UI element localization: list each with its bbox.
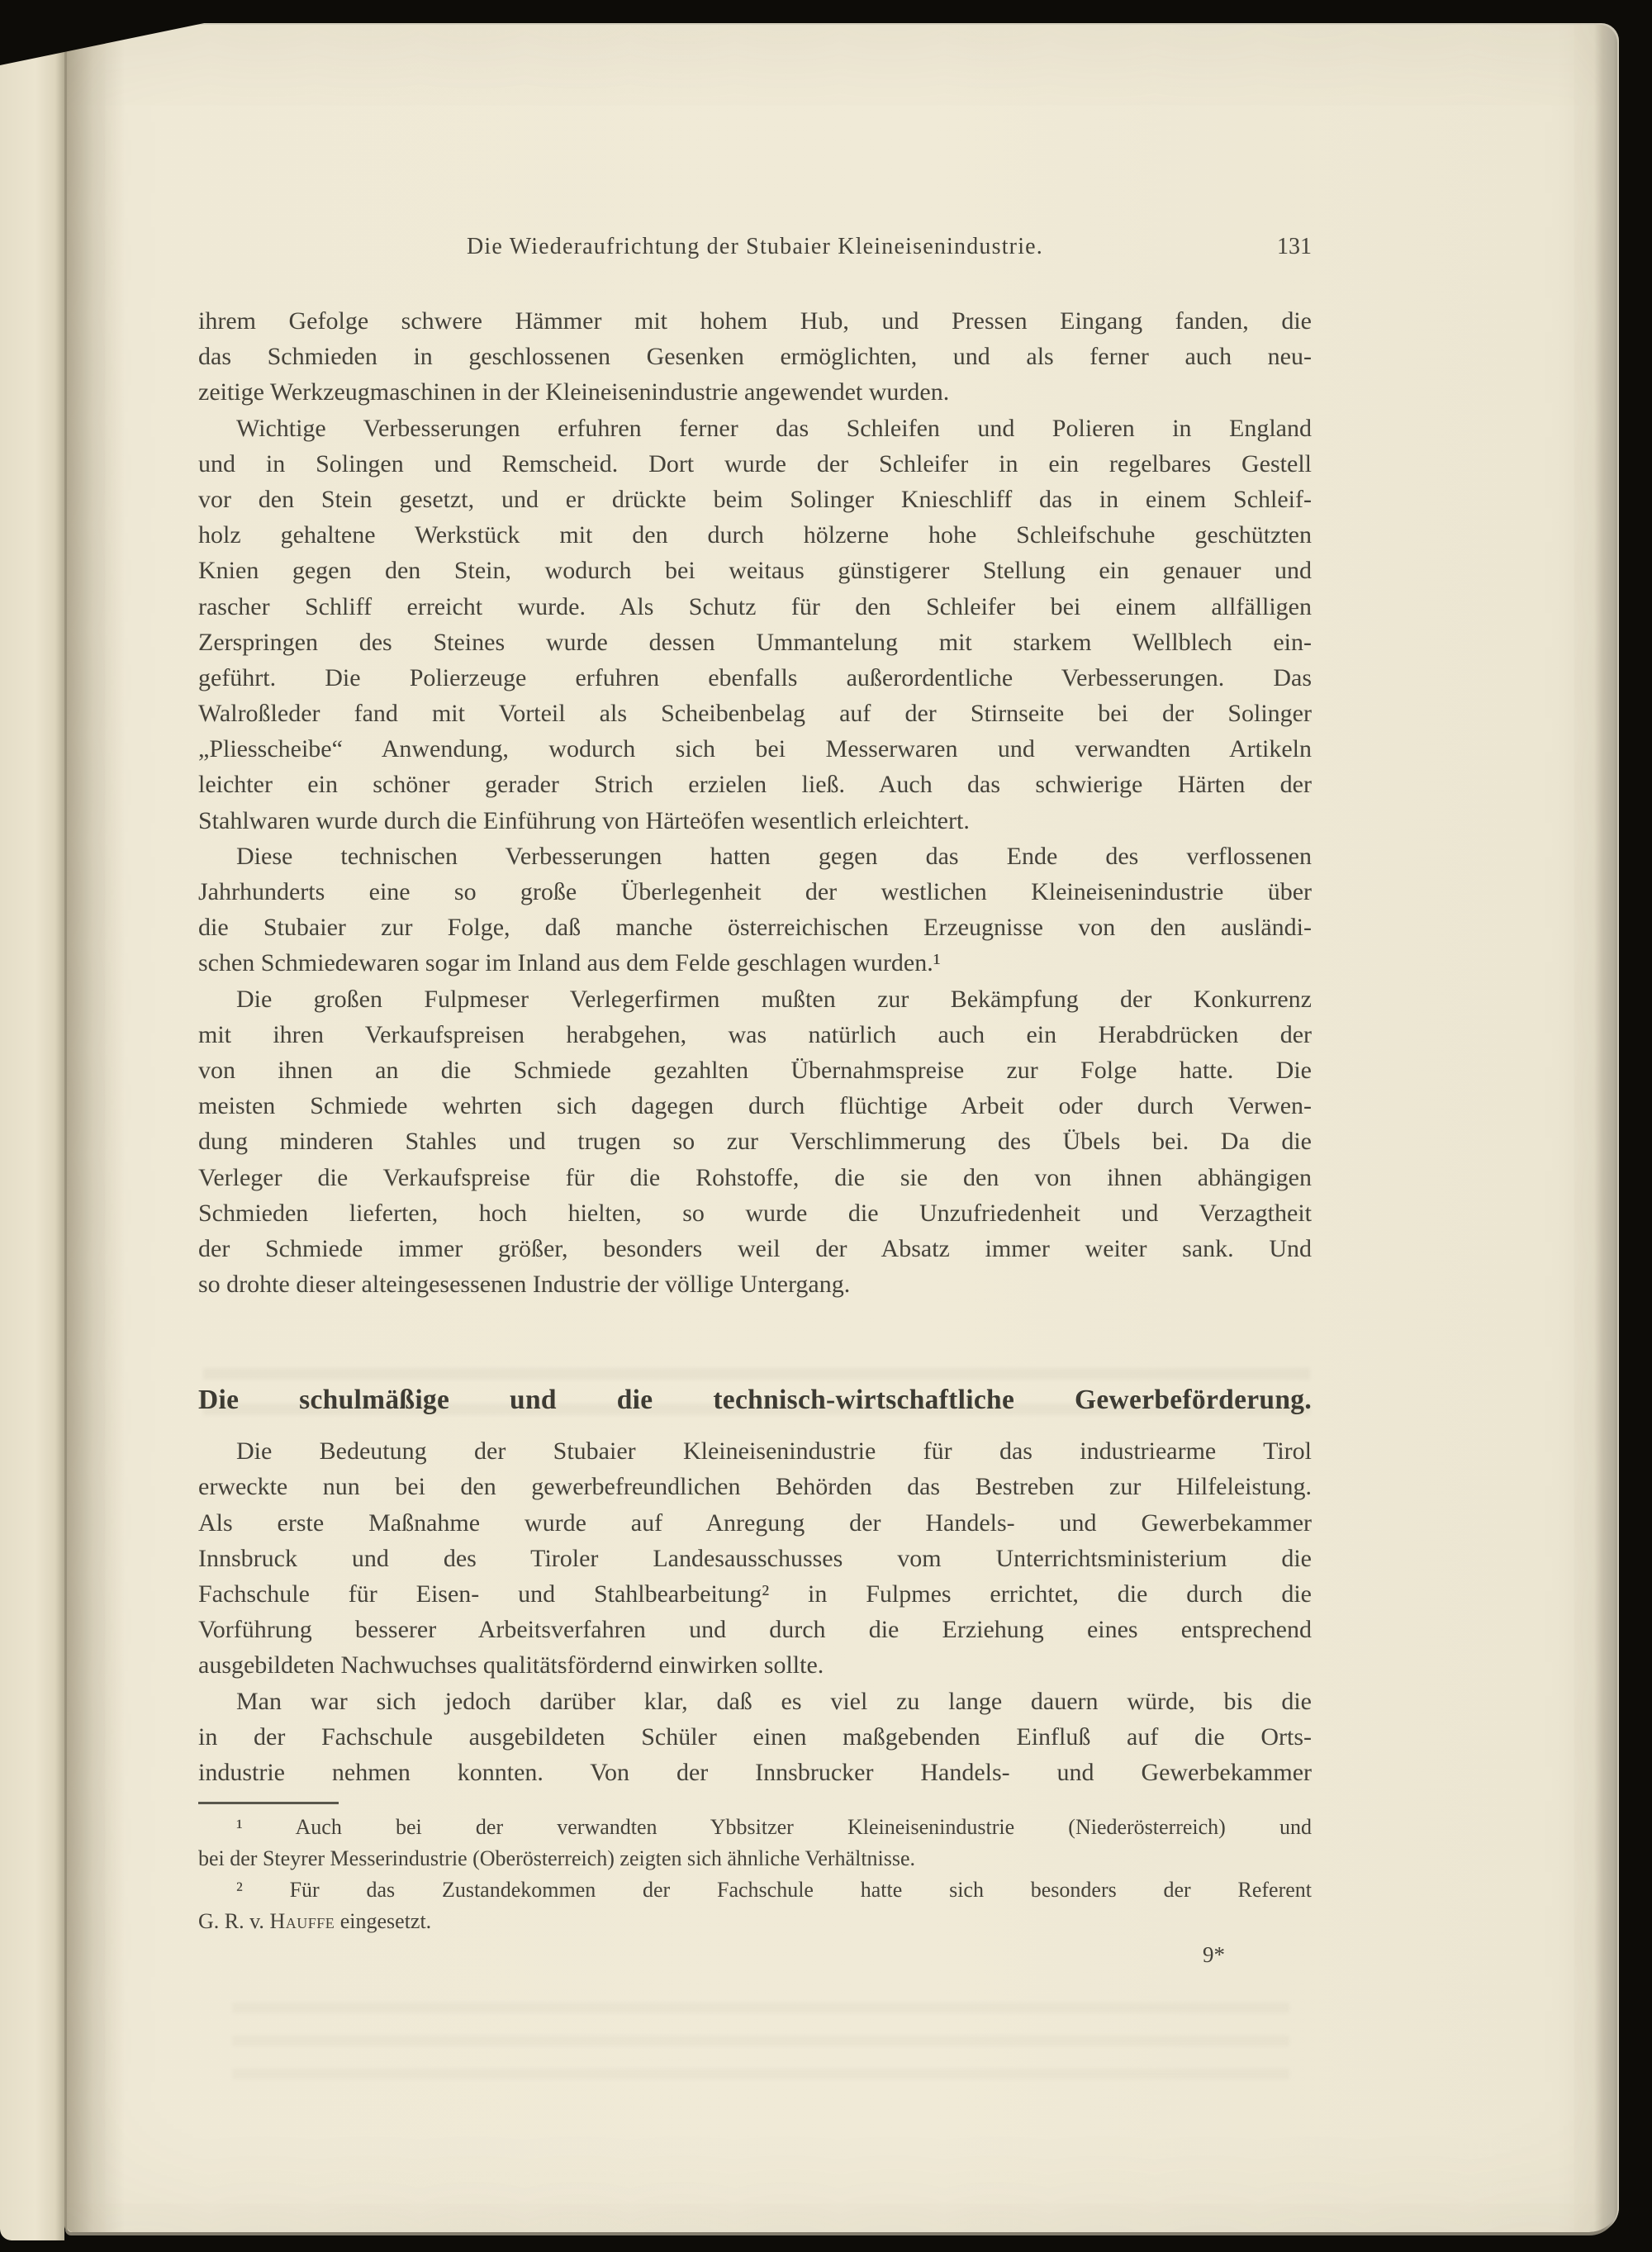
left-page-stack-edge <box>0 25 64 2240</box>
gutter-shadow <box>67 23 125 2232</box>
text-line: Verleger die Verkaufspreise für die Rohs… <box>198 1160 1312 1195</box>
text-line: Walroßleder fand mit Vorteil als Scheibe… <box>198 696 1312 731</box>
footnote-2-line: G. R. v. Hauffe eingesetzt. <box>198 1906 1312 1937</box>
text-line: von ihnen an die Schmiede gezahlten Über… <box>198 1052 1312 1088</box>
signature-mark: 9* <box>198 1942 1312 1968</box>
text-line: leichter ein schöner gerader Strich erzi… <box>198 767 1312 802</box>
text-line: Zerspringen des Steines wurde dessen Umm… <box>198 625 1312 660</box>
text-line: „Pliesscheibe“ Anwendung, wodurch sich b… <box>198 731 1312 767</box>
text-line: dung minderen Stahles und trugen so zur … <box>198 1124 1312 1159</box>
text-line: erweckte nun bei den gewerbefreundlichen… <box>198 1469 1312 1504</box>
text-line: Schmieden lieferten, hoch hielten, so wu… <box>198 1195 1312 1231</box>
right-page-stack-edge <box>1594 23 1619 2232</box>
section-heading: Die schulmäßige und die technisch-wirtsc… <box>198 1379 1312 1422</box>
text-line: schen Schmiedewaren sogar im Inland aus … <box>198 945 1312 981</box>
running-header: Die Wiederaufrichtung der Stubaier Klein… <box>198 234 1312 267</box>
text-line: industrie nehmen konnten. Von der Innsbr… <box>198 1755 1312 1790</box>
text-line: meisten Schmiede wehrten sich dagegen du… <box>198 1088 1312 1124</box>
text-line: Stahlwaren wurde durch die Einführung vo… <box>198 803 1312 839</box>
text-line: geführt. Die Polierzeuge erfuhren ebenfa… <box>198 660 1312 696</box>
text-line: der Schmiede immer größer, besonders wei… <box>198 1231 1312 1266</box>
running-header-title: Die Wiederaufrichtung der Stubaier Klein… <box>198 234 1312 260</box>
footnote-1-line: ¹ Auch bei der verwandten Ybbsitzer Klei… <box>198 1812 1312 1843</box>
text-line: so drohte dieser alteingesessenen Indust… <box>198 1266 1312 1302</box>
footnote-2-text: G. R. v. <box>198 1909 269 1933</box>
text-line: Innsbruck und des Tiroler Landesausschus… <box>198 1541 1312 1576</box>
text-line: Die großen Fulpmeser Verlegerfirmen mußt… <box>198 981 1312 1017</box>
body-paragraphs: ihrem Gefolge schwere Hämmer mit hohem H… <box>198 303 1312 1790</box>
text-line: Diese technischen Verbesserungen hatten … <box>198 839 1312 874</box>
text-line: mit ihren Verkaufspreisen herabgehen, wa… <box>198 1017 1312 1052</box>
text-line: Fachschule für Eisen- und Stahlbearbeitu… <box>198 1576 1312 1612</box>
text-line: Als erste Maßnahme wurde auf Anregung de… <box>198 1505 1312 1541</box>
footnote-2-line: ² Für das Zustandekommen der Fachschule … <box>198 1874 1312 1906</box>
footnotes: ¹ Auch bei der verwandten Ybbsitzer Klei… <box>198 1812 1312 1937</box>
text-line: Wichtige Verbesserungen erfuhren ferner … <box>198 411 1312 446</box>
text-line: das Schmieden in geschlossenen Gesenken … <box>198 339 1312 374</box>
main-text-block: ihrem Gefolge schwere Hämmer mit hohem H… <box>198 303 1312 1968</box>
text-line: Jahrhunderts eine so große Überlegenheit… <box>198 874 1312 910</box>
text-line: in der Fachschule ausgebildeten Schüler … <box>198 1719 1312 1755</box>
text-line: vor den Stein gesetzt, und er drückte be… <box>198 482 1312 517</box>
page-number: 131 <box>1277 234 1312 260</box>
text-line: ausgebildeten Nachwuchses qualitätsförde… <box>198 1647 1312 1683</box>
text-line: und in Solingen und Remscheid. Dort wurd… <box>198 446 1312 482</box>
text-line: die Stubaier zur Folge, daß manche öster… <box>198 910 1312 945</box>
footnote-separator-rule <box>198 1802 339 1804</box>
text-line: holz gehaltene Werkstück mit den durch h… <box>198 517 1312 553</box>
text-line: Die Bedeutung der Stubaier Kleineisenind… <box>198 1433 1312 1469</box>
text-line: ihrem Gefolge schwere Hämmer mit hohem H… <box>198 303 1312 339</box>
book-page: Die Wiederaufrichtung der Stubaier Klein… <box>64 23 1619 2232</box>
text-line: Man war sich jedoch darüber klar, daß es… <box>198 1684 1312 1719</box>
scan-background: Die Wiederaufrichtung der Stubaier Klein… <box>0 0 1652 2252</box>
footnote-2-text: eingesetzt. <box>335 1909 431 1933</box>
text-line: rascher Schliff erreicht wurde. Als Schu… <box>198 589 1312 625</box>
text-line: Vorführung besserer Arbeitsverfahren und… <box>198 1612 1312 1647</box>
reverse-side-show-through <box>232 2003 1289 2088</box>
footnote-1-line: bei der Steyrer Messerindustrie (Oberöst… <box>198 1843 1312 1874</box>
person-name: Hauffe <box>269 1909 335 1933</box>
text-line: Knien gegen den Stein, wodurch bei weita… <box>198 553 1312 588</box>
text-line: zeitige Werkzeugmaschinen in der Kleinei… <box>198 374 1312 410</box>
